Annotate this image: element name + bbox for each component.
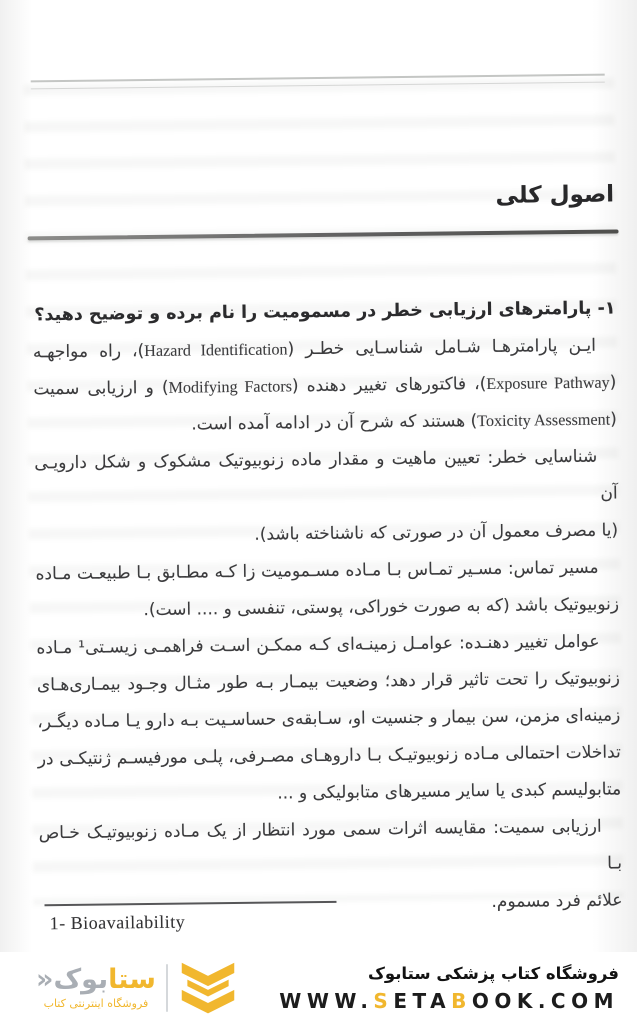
logo-wordmark-block: ستابوک« فروشگاه اینترنتی کتاب — [36, 966, 156, 1010]
bleedthrough-header-rule-2 — [31, 82, 605, 90]
logo-wordmark-main: ستا — [108, 964, 156, 995]
url-part: WWW. — [279, 989, 373, 1013]
url-part: OOK.COM — [472, 989, 619, 1013]
chevron-emblem-icon — [178, 960, 238, 1016]
logo-tagline: فروشگاه اینترنتی کتاب — [44, 997, 149, 1010]
watermark-footer: ستابوک« فروشگاه اینترنتی کتاب فروشگاه کت… — [0, 952, 637, 1024]
section-heading: اصول کلی — [495, 181, 614, 208]
body-line: ارزیابی سمیت: مقایسه اثرات سمی مورد انتظ… — [38, 808, 622, 889]
bleedthrough-header-rule-1 — [31, 74, 605, 82]
logo-wordmark: ستابوک« — [36, 966, 156, 994]
url-part-highlight: B — [451, 989, 472, 1013]
website-url: WWW.SETABOOK.COM — [279, 989, 619, 1013]
url-part: ETA — [393, 989, 451, 1013]
setabook-logo: ستابوک« فروشگاه اینترنتی کتاب — [36, 960, 238, 1016]
logo-wordmark-accent: بوک — [53, 964, 108, 995]
logo-separator — [166, 964, 168, 1012]
store-title: فروشگاه کتاب پزشکی ستابوک — [368, 964, 619, 983]
logo-guillemet: « — [36, 964, 53, 995]
body-line: شناسایی خطر: تعیین ماهیت و مقدار ماده زن… — [34, 438, 618, 519]
body-text-column: ۱- پارامترهای ارزیابی خطر در مسمومیت را … — [32, 290, 622, 926]
url-part-highlight: S — [373, 989, 393, 1013]
store-info: فروشگاه کتاب پزشکی ستابوک WWW.SETABOOK.C… — [279, 964, 619, 1013]
screenshot-root: اصول کلی ۱- پارامترهای ارزیابی خطر در مس… — [0, 0, 637, 1024]
page-ink-layer: اصول کلی ۱- پارامترهای ارزیابی خطر در مس… — [0, 0, 637, 956]
book-page-photo: اصول کلی ۱- پارامترهای ارزیابی خطر در مس… — [0, 0, 637, 952]
footnote-text: 1- Bioavailability — [50, 912, 186, 935]
heading-rule — [28, 229, 619, 240]
